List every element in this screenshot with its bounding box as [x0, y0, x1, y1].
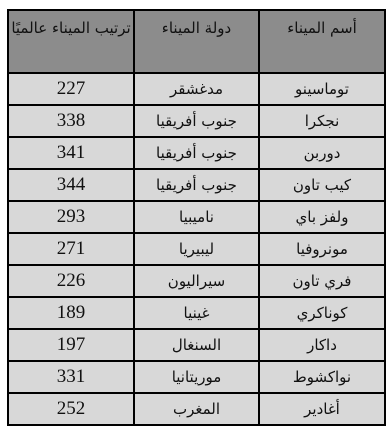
- table-row: 338 جنوب أفريقيا نجكرا: [8, 105, 385, 137]
- cell-country: جنوب أفريقيا: [134, 137, 259, 169]
- cell-port: مونروفيا: [259, 233, 385, 265]
- table-row: 227 مدغشقر توماسينو: [8, 73, 385, 105]
- cell-rank: 226: [8, 265, 134, 297]
- table-header-row: ترتيب الميناء عالميًا دولة الميناء أسم ا…: [8, 10, 385, 73]
- cell-country: ليبيريا: [134, 233, 259, 265]
- cell-port: كيب تاون: [259, 169, 385, 201]
- cell-port: نجكرا: [259, 105, 385, 137]
- cell-port: توماسينو: [259, 73, 385, 105]
- cell-rank: 189: [8, 297, 134, 329]
- cell-country: مدغشقر: [134, 73, 259, 105]
- cell-rank: 271: [8, 233, 134, 265]
- cell-rank: 252: [8, 393, 134, 410]
- cell-port: نواكشوط: [259, 361, 385, 393]
- cell-country: موريتانيا: [134, 361, 259, 393]
- cell-port: أغادير: [259, 393, 385, 410]
- cell-rank: 197: [8, 329, 134, 361]
- cell-rank: 341: [8, 137, 134, 169]
- cell-country: السنغال: [134, 329, 259, 361]
- table-row: 226 سيراليون فري تاون: [8, 265, 385, 297]
- cell-port: فري تاون: [259, 265, 385, 297]
- header-port-rank: ترتيب الميناء عالميًا: [8, 10, 134, 73]
- cell-rank: 331: [8, 361, 134, 393]
- table-row: 252 المغرب أغادير: [8, 393, 385, 410]
- table-row: 344 جنوب أفريقيا كيب تاون: [8, 169, 385, 201]
- table-row: 197 السنغال داكار: [8, 329, 385, 361]
- header-port-country: دولة الميناء: [134, 10, 259, 73]
- cell-rank: 338: [8, 105, 134, 137]
- table-row: 331 موريتانيا نواكشوط: [8, 361, 385, 393]
- cell-country: ناميبيا: [134, 201, 259, 233]
- ports-ranking-table: ترتيب الميناء عالميًا دولة الميناء أسم ا…: [7, 9, 386, 410]
- cell-country: جنوب أفريقيا: [134, 169, 259, 201]
- table-row: 271 ليبيريا مونروفيا: [8, 233, 385, 265]
- cell-country: غينيا: [134, 297, 259, 329]
- cell-port: ولفز باي: [259, 201, 385, 233]
- cell-country: المغرب: [134, 393, 259, 410]
- cell-port: كوناكري: [259, 297, 385, 329]
- table-row: 293 ناميبيا ولفز باي: [8, 201, 385, 233]
- cell-port: دوربن: [259, 137, 385, 169]
- cell-country: سيراليون: [134, 265, 259, 297]
- cell-rank: 293: [8, 201, 134, 233]
- cell-port: داكار: [259, 329, 385, 361]
- cell-rank: 344: [8, 169, 134, 201]
- header-port-name: أسم الميناء: [259, 10, 385, 73]
- ports-table-container: ترتيب الميناء عالميًا دولة الميناء أسم ا…: [7, 9, 384, 410]
- cell-country: جنوب أفريقيا: [134, 105, 259, 137]
- cell-rank: 227: [8, 73, 134, 105]
- table-row: 341 جنوب أفريقيا دوربن: [8, 137, 385, 169]
- table-row: 189 غينيا كوناكري: [8, 297, 385, 329]
